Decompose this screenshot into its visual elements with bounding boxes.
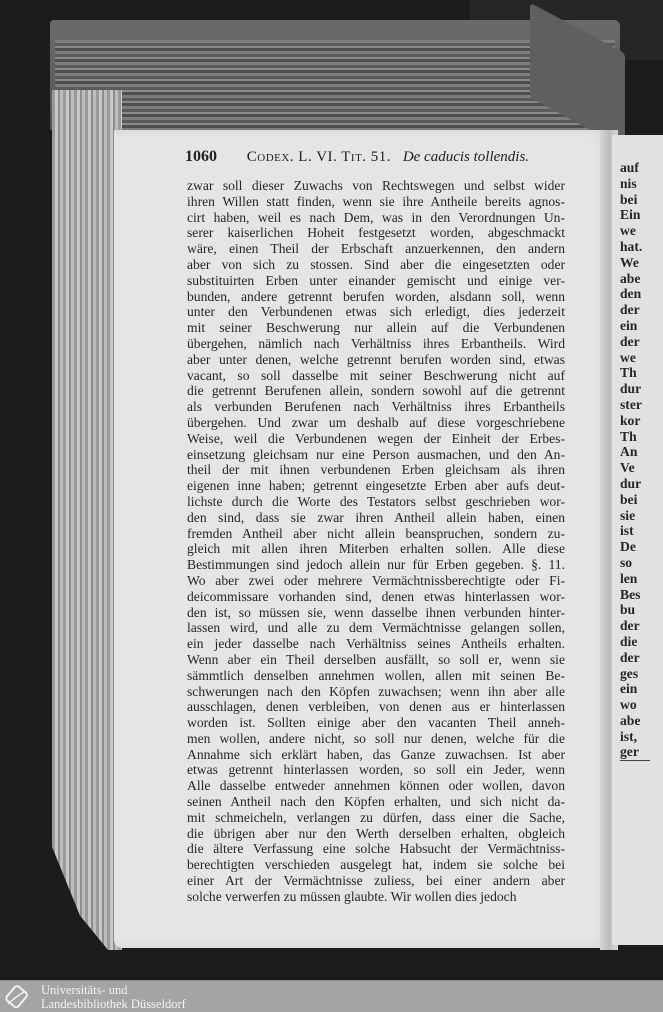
text-line: unter den Verbundenen etwas sich erledig… — [187, 304, 565, 320]
text-line: Weise, weil die Verbundenen wegen der Ei… — [187, 431, 565, 447]
page-number: 1060 — [185, 148, 217, 165]
text-line: cirt haben, weil es nach Dem, was in den… — [187, 210, 565, 226]
text-line: theil der mit ihnen verbundenen Erben gl… — [187, 462, 565, 478]
text-line: Annahme sich erklärt haben, das Ganze zu… — [187, 747, 565, 763]
text-line: sämmtlich denselben annehmen wollen, all… — [187, 668, 565, 684]
book-scan: aufnisbeiEinwehat.WeabedendereinderweThd… — [0, 0, 663, 980]
text-line: die getrennt Berufenen allein, sondern s… — [187, 383, 565, 399]
text-line: wäre, einen Theil der Erbschaft anzuerke… — [187, 241, 565, 257]
right-page-fragment: nis — [620, 176, 663, 192]
text-line: Alle dasselbe entweder annehmen können o… — [187, 778, 565, 794]
text-line: die ältere Verfassung eine solche Habsuc… — [187, 841, 565, 857]
text-line: ihren Willen statt finden, wenn sie ihre… — [187, 194, 565, 210]
right-page-fragment: we — [620, 350, 663, 366]
right-page-fragment: Bes — [620, 587, 663, 603]
right-page-fragment: so — [620, 555, 663, 571]
right-page-fragment: der — [620, 618, 663, 634]
page-header: 1060 Codex. L. VI. Tit. 51. De caducis t… — [185, 148, 585, 170]
text-line: übergehen, nämlich nach Verhältniss ihre… — [187, 336, 565, 352]
right-page-fragment: ein — [620, 681, 663, 697]
text-line: Bestimmungen sind jedoch allein nur für … — [187, 557, 565, 573]
right-page-fragment: abe — [620, 713, 663, 729]
right-page-fragment: der — [620, 650, 663, 666]
text-line: als verbunden Berufenen nach Verhältniss… — [187, 399, 565, 415]
text-line: men wollen, andere nicht, so soll nur de… — [187, 731, 565, 747]
text-line: ausschlagen, denen verbleiben, von denen… — [187, 699, 565, 715]
text-line: einsetzung gleichsam nur eine Person aus… — [187, 447, 565, 463]
right-page-fragment: auf — [620, 160, 663, 176]
right-page-fragment: dur — [620, 476, 663, 492]
text-line: zwar soll dieser Zuwachs von Rechtswegen… — [187, 178, 565, 194]
right-page-fragment: bu — [620, 602, 663, 618]
page-body-text: zwar soll dieser Zuwachs von Rechtswegen… — [187, 178, 565, 905]
right-page-fragment: Ein — [620, 207, 663, 223]
text-line: lassen wird, und alle zu dem Vermächtnis… — [187, 620, 565, 636]
text-line: gleich mit allen ihren Miterben erhalten… — [187, 541, 565, 557]
right-page-fragment: ist — [620, 523, 663, 539]
running-head: Codex. L. VI. Tit. 51. — [247, 149, 391, 165]
page-edges-left — [52, 90, 122, 950]
right-page-fragment: ster — [620, 397, 663, 413]
right-page-fragment: bei — [620, 192, 663, 208]
right-page-fragment: Th — [620, 429, 663, 445]
text-line: berechtigten verschieden ausgelegt hat, … — [187, 857, 565, 873]
right-page-fragment: De — [620, 539, 663, 555]
text-line: Wo aber zwei oder mehrere Vermächtnissbe… — [187, 573, 565, 589]
right-page-fragment: We — [620, 255, 663, 271]
text-line: deicommissare vorhanden sind, denen etwa… — [187, 589, 565, 605]
right-page-fragment: dur — [620, 381, 663, 397]
running-title: De caducis tollendis. — [403, 149, 529, 165]
text-line: eigenen inne haben; getrennt eingesetzte… — [187, 478, 565, 494]
right-page-fragment: An — [620, 444, 663, 460]
text-line: einer Art der Vermächtnisse zuliess, bei… — [187, 873, 565, 889]
text-line: ein jeder dasselbe nach Verhältniss sein… — [187, 636, 565, 652]
text-line: aber unter denen, welche getrennt berufe… — [187, 352, 565, 368]
text-line: übergehen. Und zwar um deshalb auf diese… — [187, 415, 565, 431]
footer-institution: Universitäts- und Landesbibliothek Düsse… — [41, 983, 186, 1011]
right-page-fragment: der — [620, 302, 663, 318]
text-line: schwerungen nach den Köpfen zuwachsen; w… — [187, 684, 565, 700]
right-page-fragment: kor — [620, 413, 663, 429]
right-page-fragment: Ve — [620, 460, 663, 476]
right-page-fragment: ger — [620, 744, 663, 760]
right-page-fragment: sie — [620, 508, 663, 524]
text-line: mit schmeicheln, verlangen zu dürfen, da… — [187, 810, 565, 826]
text-line: fremden Antheil aber nicht allein beansp… — [187, 526, 565, 542]
right-page-fragment: hat. — [620, 239, 663, 255]
text-line: bunden, andere getrennt berufen worden, … — [187, 289, 565, 305]
right-page-fragment: wo — [620, 697, 663, 713]
right-page-text: aufnisbeiEinwehat.WeabedendereinderweThd… — [620, 160, 663, 760]
footer-line-1: Universitäts- und — [41, 983, 186, 997]
text-line: aber von sich zu stossen. Sind aber die … — [187, 257, 565, 273]
text-line: worden ist. Sollten einige aber den vaca… — [187, 715, 565, 731]
text-line: serer kaiserlichen Hoheit festgesetzt wo… — [187, 225, 565, 241]
right-page-partial: aufnisbeiEinwehat.WeabedendereinderweThd… — [612, 135, 663, 945]
footer-bar: Universitäts- und Landesbibliothek Düsse… — [0, 980, 663, 1012]
right-page-fragment: die — [620, 634, 663, 650]
text-line: den sind, dass sie zwar ihren Antheil al… — [187, 510, 565, 526]
text-line: mit seiner Beschwerung nur allein auf di… — [187, 320, 565, 336]
right-page-fragment: bei — [620, 492, 663, 508]
right-page-fragment: der — [620, 334, 663, 350]
right-page-fragment: abe — [620, 271, 663, 287]
text-line: den ist, so müssen sie, wenn dasselbe ih… — [187, 605, 565, 621]
right-page-fragment: len — [620, 571, 663, 587]
right-page-fragment: ein — [620, 318, 663, 334]
text-line: solche verwerfen zu müssen glaubte. Wir … — [187, 889, 565, 905]
text-line: vacant, so soll dasselbe mit seiner Besc… — [187, 368, 565, 384]
library-book-logo-icon — [4, 984, 30, 1010]
right-page-rule — [620, 760, 650, 761]
text-line: die übrigen aber nur den Werth derselben… — [187, 826, 565, 842]
text-line: seinen Antheil nach den Köpfen erhalten,… — [187, 794, 565, 810]
text-line: etwas getrennt hinterlassen worden, so s… — [187, 762, 565, 778]
right-page-fragment: Th — [620, 365, 663, 381]
right-page-fragment: den — [620, 286, 663, 302]
right-page-fragment: ges — [620, 666, 663, 682]
text-line: lichste durch die Worte des Testators se… — [187, 494, 565, 510]
right-page-fragment: we — [620, 223, 663, 239]
right-page-fragment: ist, — [620, 729, 663, 745]
text-line: Wenn aber ein Theil derselben ausfällt, … — [187, 652, 565, 668]
footer-line-2: Landesbibliothek Düsseldorf — [41, 997, 186, 1011]
text-line: substituirten Erben unter einander gemis… — [187, 273, 565, 289]
